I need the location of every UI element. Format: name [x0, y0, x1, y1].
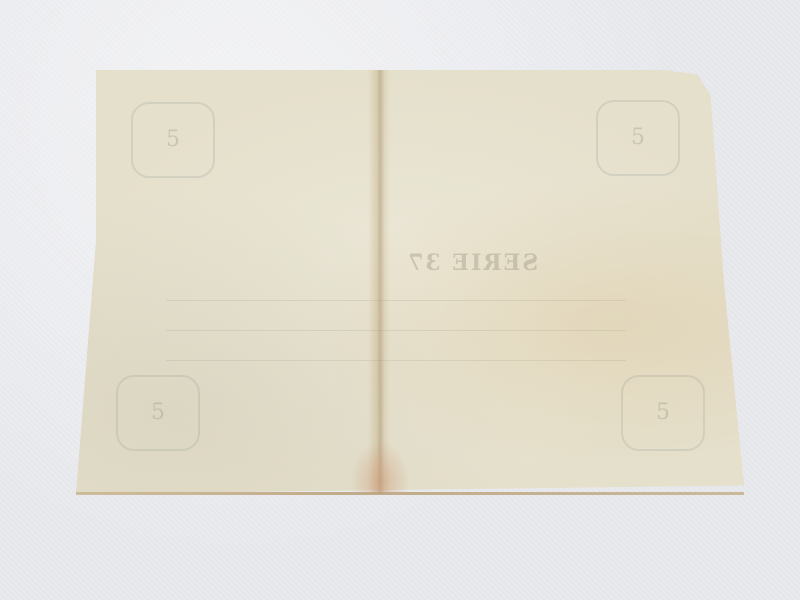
emblem-numeral: 5: [166, 127, 180, 152]
emblem-numeral: 5: [631, 125, 645, 150]
serie-show-through: SERIE 37: [406, 250, 538, 276]
emblem-top-left: 5: [131, 102, 215, 178]
ghost-line: [166, 300, 626, 301]
banknote-bottom-edge: [76, 492, 744, 495]
emblem-bottom-left: 5: [116, 375, 200, 451]
emblem-bottom-right: 5: [621, 375, 705, 451]
center-fold-crease: [368, 70, 390, 494]
banknote-back: 5 5 5 5 SERIE 37: [76, 70, 744, 494]
emblem-numeral: 5: [151, 400, 165, 425]
ghost-line: [166, 360, 626, 361]
ghost-line: [166, 330, 626, 331]
emblem-numeral: 5: [656, 400, 670, 425]
emblem-top-right: 5: [596, 100, 680, 176]
bottom-stain: [350, 440, 410, 492]
